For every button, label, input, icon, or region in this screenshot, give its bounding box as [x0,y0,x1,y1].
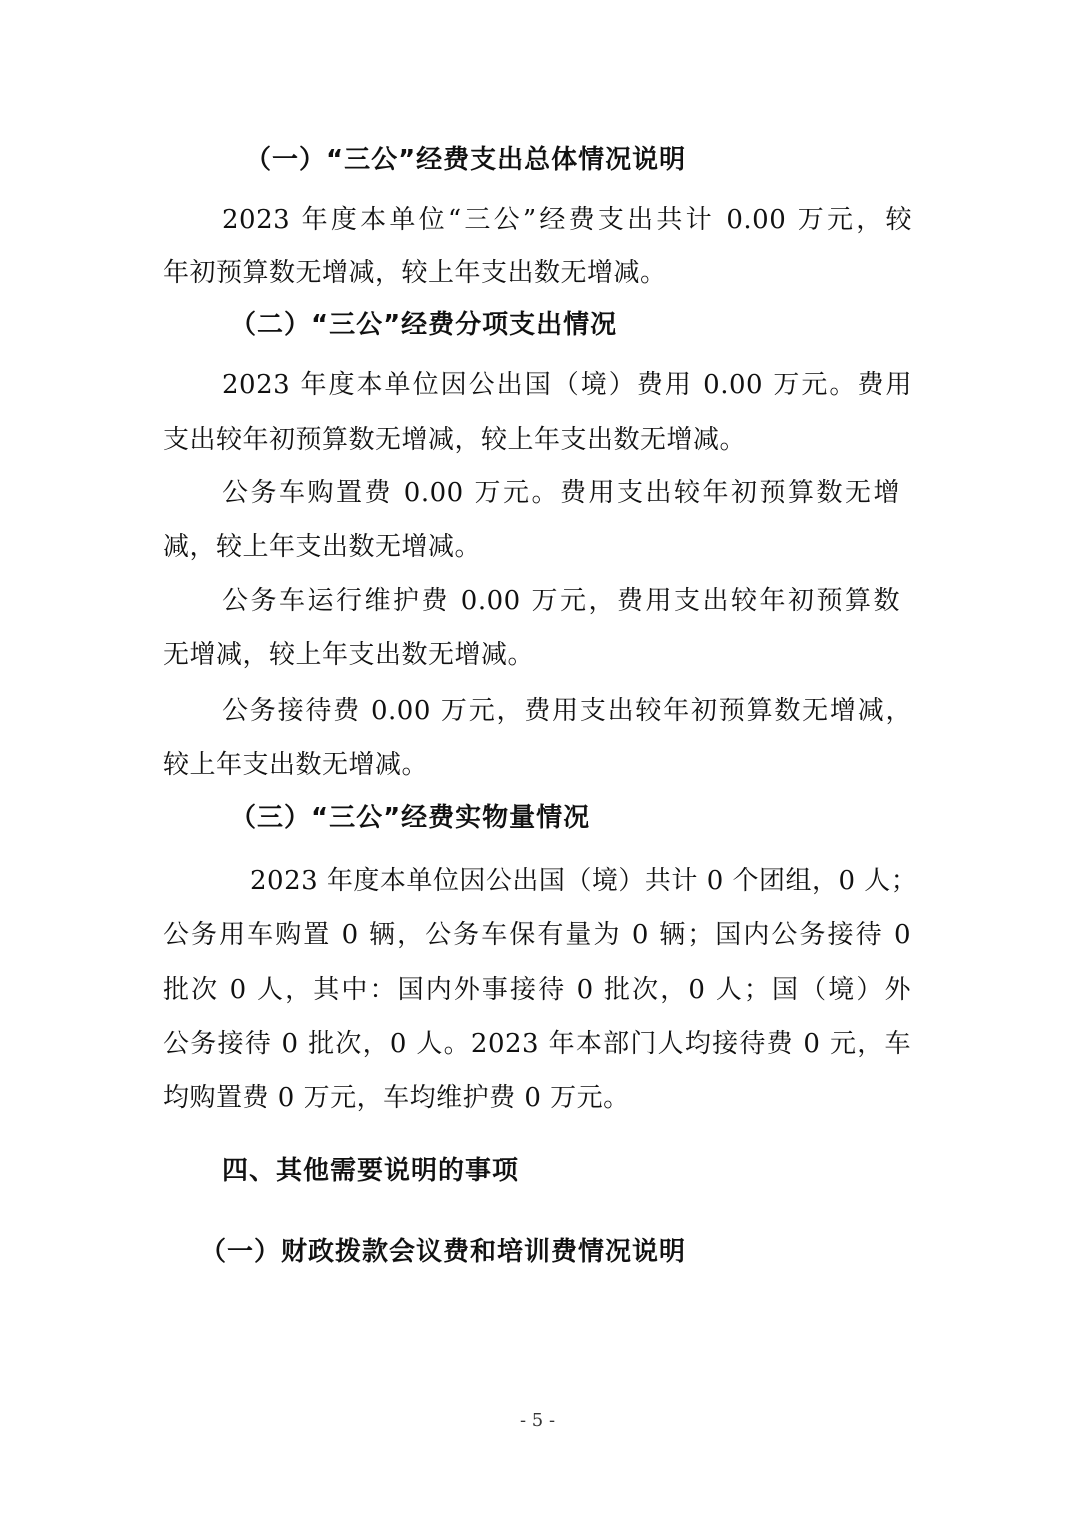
paragraph-line: 无增减，较上年支出数无增减。 [163,640,534,670]
paragraph-line: 2023 年度本单位因公出国（境）共计 0 个团组，0 人； [250,866,912,896]
paragraph-line: 公务接待费 0.00 万元，费用支出较年初预算数无增减， [222,696,912,726]
paragraph-line: 公务接待 0 批次，0 人。2023 年本部门人均接待费 0 元，车 [163,1029,911,1059]
paragraph-line: 2023 年度本单位因公出国（境）费用 0.00 万元。费用 [222,370,912,400]
section-heading-2: （二）“三公”经费分项支出情况 [230,310,617,340]
paragraph-line: 批次 0 人，其中：国内外事接待 0 批次，0 人；国（境）外 [163,975,911,1005]
paragraph-line: 公务车运行维护费 0.00 万元，费用支出较年初预算数 [222,586,900,616]
paragraph-line: 公务车购置费 0.00 万元。费用支出较年初预算数无增 [222,478,900,508]
section-heading-3: （三）“三公”经费实物量情况 [230,803,590,833]
paragraph-line: 较上年支出数无增减。 [163,750,428,780]
section-heading-1: （一）“三公”经费支出总体情况说明 [245,145,686,175]
paragraph-line: 年初预算数无增减，较上年支出数无增减。 [163,258,667,288]
paragraph-line: 公务用车购置 0 辆，公务车保有量为 0 辆；国内公务接待 0 [163,920,911,950]
paragraph-line: 支出较年初预算数无增减，较上年支出数无增减。 [163,425,746,455]
paragraph-line: 2023 年度本单位“三公”经费支出共计 0.00 万元，较 [222,205,912,235]
paragraph-line: 减，较上年支出数无增减。 [163,532,481,562]
paragraph-line: 均购置费 0 万元，车均维护费 0 万元。 [163,1083,630,1113]
section-heading-4: 四、其他需要说明的事项 [222,1156,519,1186]
subsection-heading: （一）财政拨款会议费和培训费情况说明 [200,1237,686,1267]
page-number: - 5 - [0,1410,1075,1431]
document-page: （一）“三公”经费支出总体情况说明 2023 年度本单位“三公”经费支出共计 0… [0,0,1075,1520]
